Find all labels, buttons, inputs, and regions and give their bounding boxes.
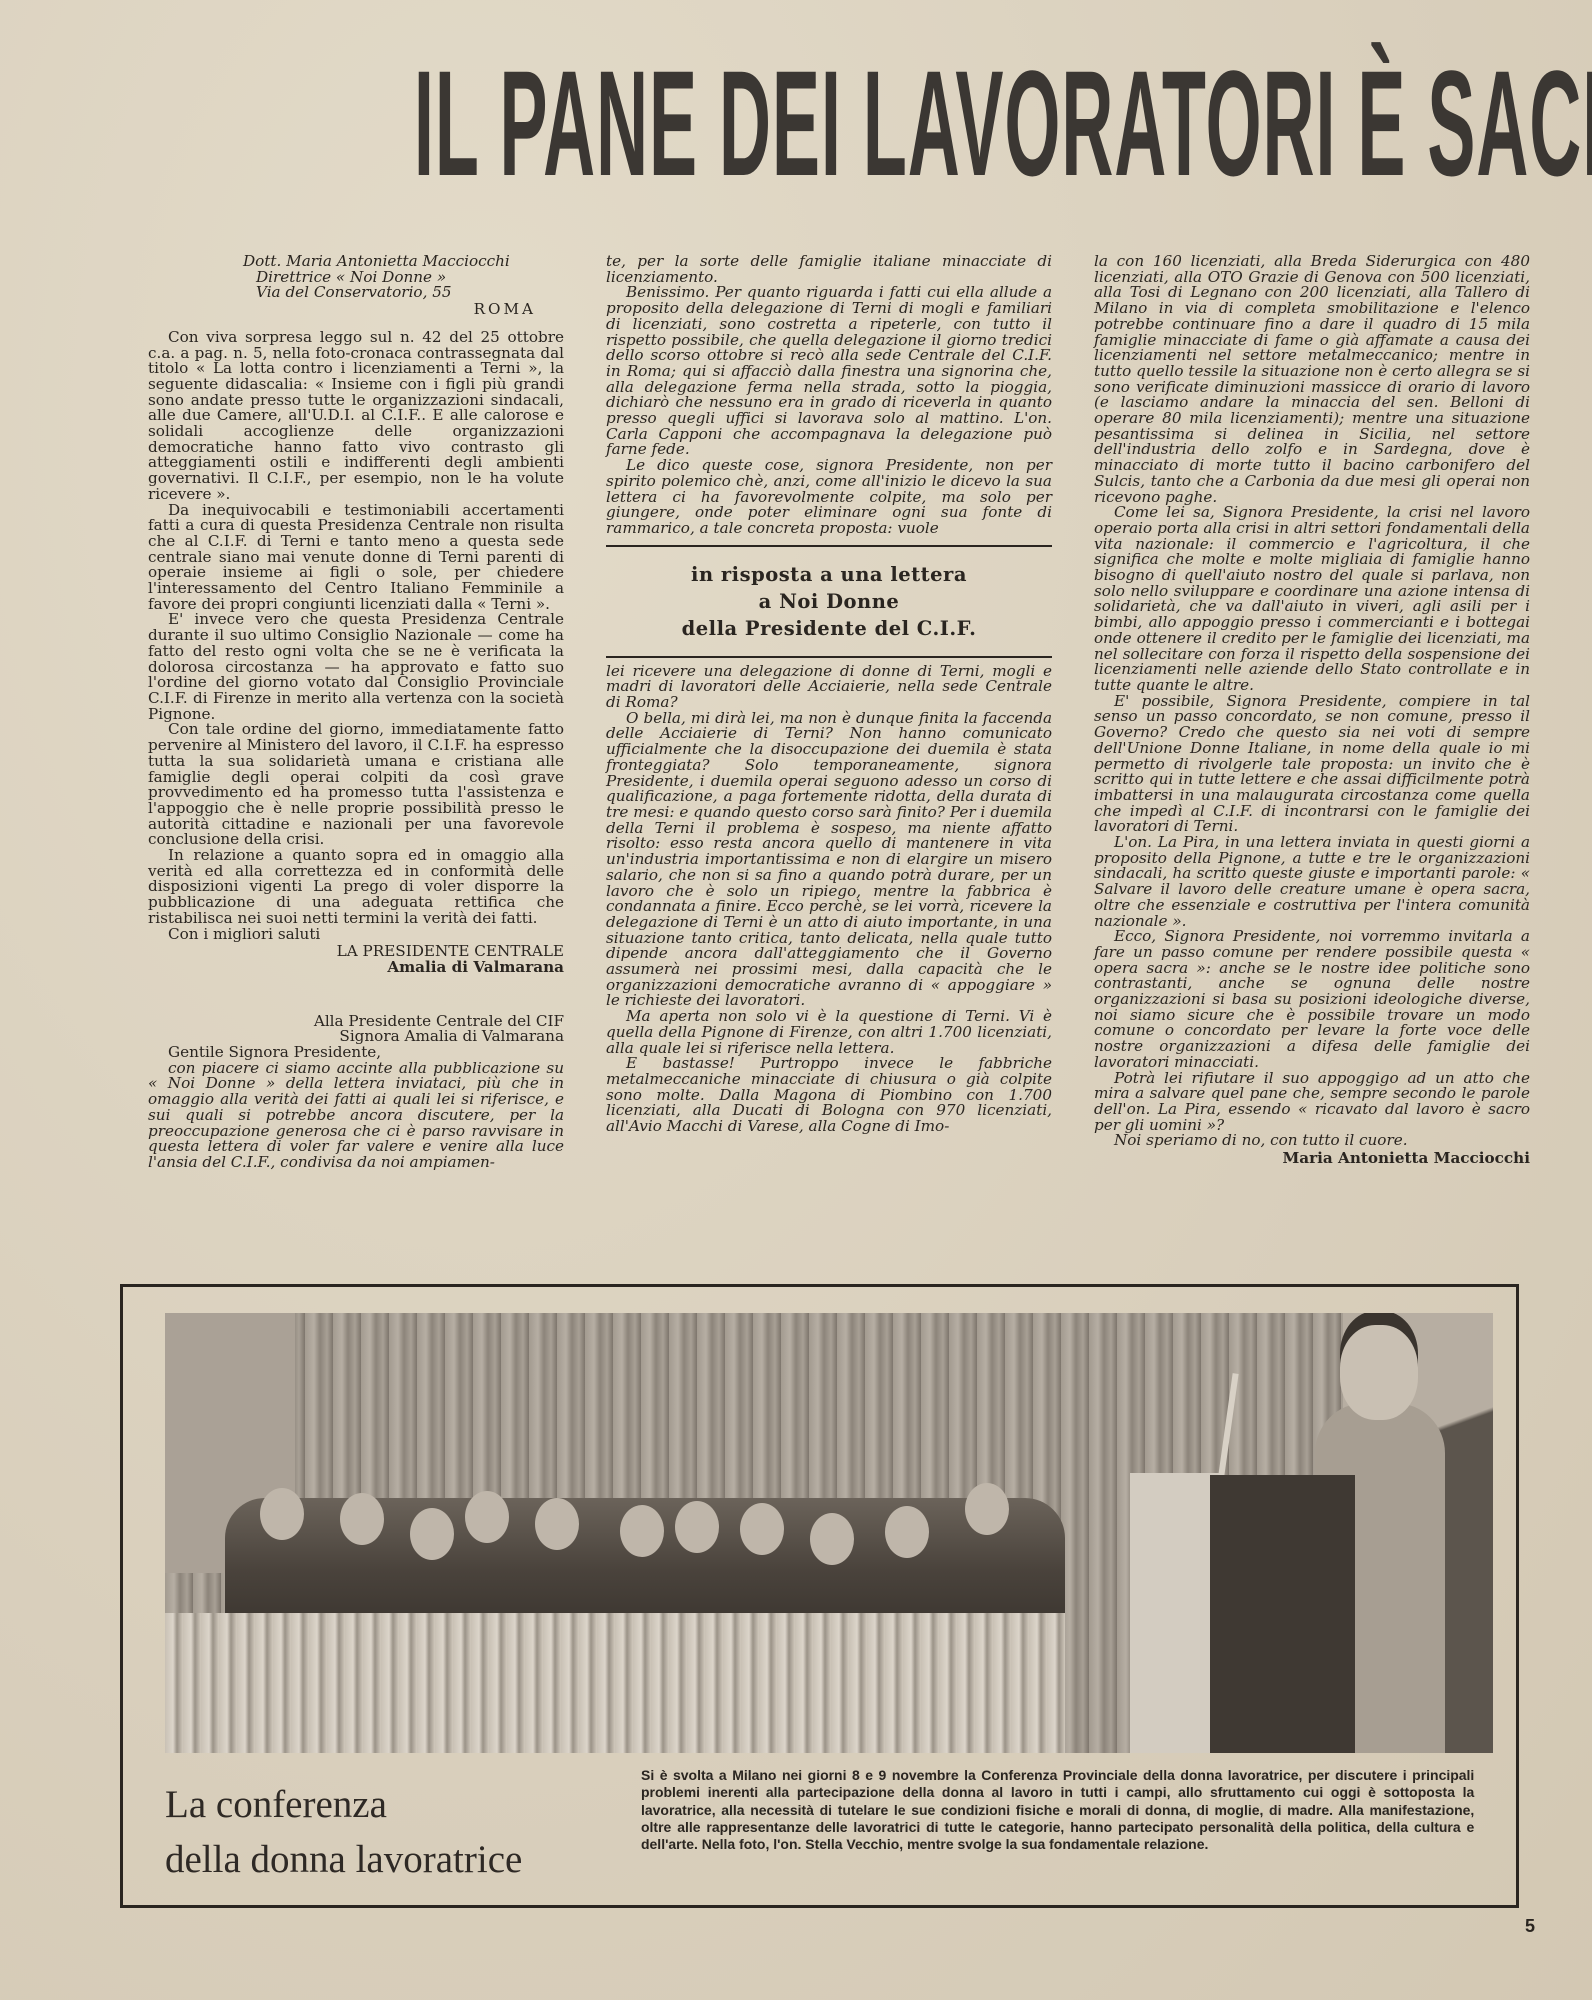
reply-paragraph: L'on. La Pira, in una lettera inviata in… (1094, 835, 1530, 929)
reply-paragraph: Ma aperta non solo vi è la questione di … (606, 1009, 1052, 1056)
photo-person-head (885, 1506, 929, 1558)
photo-lectern (1210, 1475, 1355, 1753)
photo-person-head (410, 1508, 454, 1560)
photo-person-head (675, 1501, 719, 1553)
column-2: te, per la sorte delle famiglie italiane… (606, 254, 1052, 1135)
reply-paragraph: O bella, mi dirà lei, ma non è dunque fi… (606, 711, 1052, 1009)
photo-speaker-head (1340, 1325, 1418, 1420)
page-number: 5 (1525, 1916, 1535, 1937)
reply-paragraph: Benissimo. Per quanto riguarda i fatti c… (606, 285, 1052, 458)
photo-tablecloth (165, 1613, 1065, 1753)
cif-closing: Con i migliori saluti (148, 927, 564, 943)
address-line-3: Via del Conservatorio, 55 (256, 285, 536, 301)
reply-paragraph: E' possibile, Signora Presidente, compie… (1094, 694, 1530, 835)
reply-paragraph: Le dico queste cose, signora Presidente,… (606, 458, 1052, 537)
cif-paragraph: In relazione a quanto sopra ed in omaggi… (148, 848, 564, 927)
cif-signature-name: Amalia di Valmarana (148, 960, 564, 976)
address-city: ROMA (243, 302, 536, 318)
photo-title-line-2: della donna lavoratrice (165, 1832, 625, 1887)
photo-lectern-cloth (1130, 1473, 1220, 1753)
title-box-bottom-rule (606, 656, 1052, 658)
photo-person-head (810, 1513, 854, 1565)
photo-person-head (260, 1488, 304, 1540)
letter-address: Dott. Maria Antonietta Macciocchi Dirett… (148, 254, 564, 318)
photo-person-head (740, 1503, 784, 1555)
cif-paragraph: Con tale ordine del giorno, immediatamen… (148, 722, 564, 848)
photo-title-line-1: La conferenza (165, 1777, 625, 1832)
reply-paragraph: Noi speriamo di no, con tutto il cuore. (1094, 1133, 1530, 1149)
cif-paragraph: E' invece vero che questa Presidenza Cen… (148, 612, 564, 722)
reply-paragraph: con piacere ci siamo accinte alla pubbli… (148, 1061, 564, 1171)
headline: IL PANE DEI LAVORATORI È SACRO (414, 48, 1178, 198)
photo-person-head (465, 1491, 509, 1543)
column-1: Dott. Maria Antonietta Macciocchi Dirett… (148, 254, 564, 1171)
reply-paragraph: E bastasse! Purtroppo invece le fabbrich… (606, 1056, 1052, 1135)
box-title-line-2: a Noi Donne (606, 588, 1052, 615)
cif-paragraph: Con viva sorpresa leggo sul n. 42 del 25… (148, 330, 564, 503)
reply-paragraph: Come lei sa, Signora Presidente, la cris… (1094, 505, 1530, 693)
photo-section-title: La conferenza della donna lavoratrice (165, 1777, 625, 1887)
headline-container: IL PANE DEI LAVORATORI È SACRO (0, 48, 1592, 198)
photo-person-head (620, 1505, 664, 1557)
cif-paragraph: Da inequivocabili e testimoniabili accer… (148, 503, 564, 613)
photo-person-head (965, 1483, 1009, 1535)
photo-caption: Si è svolta a Milano nei giorni 8 e 9 no… (641, 1768, 1474, 1854)
photo-person-head (340, 1493, 384, 1545)
reply-title-box: in risposta a una lettera a Noi Donne de… (606, 547, 1052, 656)
box-title-line-1: in risposta a una lettera (606, 561, 1052, 588)
column-3: la con 160 licenziati, alla Breda Sideru… (1094, 254, 1530, 1167)
reply-paragraph: Potrà lei rifiutare il suo appoggigo ad … (1094, 1071, 1530, 1134)
reply-signature: Maria Antonietta Macciocchi (1094, 1151, 1530, 1167)
photo-person-head (535, 1498, 579, 1550)
reply-paragraph: te, per la sorte delle famiglie italiane… (606, 254, 1052, 285)
reply-paragraph: la con 160 licenziati, alla Breda Sideru… (1094, 254, 1530, 505)
reply-paragraph: lei ricevere una delegazione di donne di… (606, 664, 1052, 711)
reply-paragraph: Ecco, Signora Presidente, noi vorremmo i… (1094, 929, 1530, 1070)
box-title-line-3: della Presidente del C.I.F. (606, 615, 1052, 642)
reply-recipient: Alla Presidente Centrale del CIF Signora… (148, 1014, 564, 1045)
conference-photo (165, 1313, 1493, 1753)
